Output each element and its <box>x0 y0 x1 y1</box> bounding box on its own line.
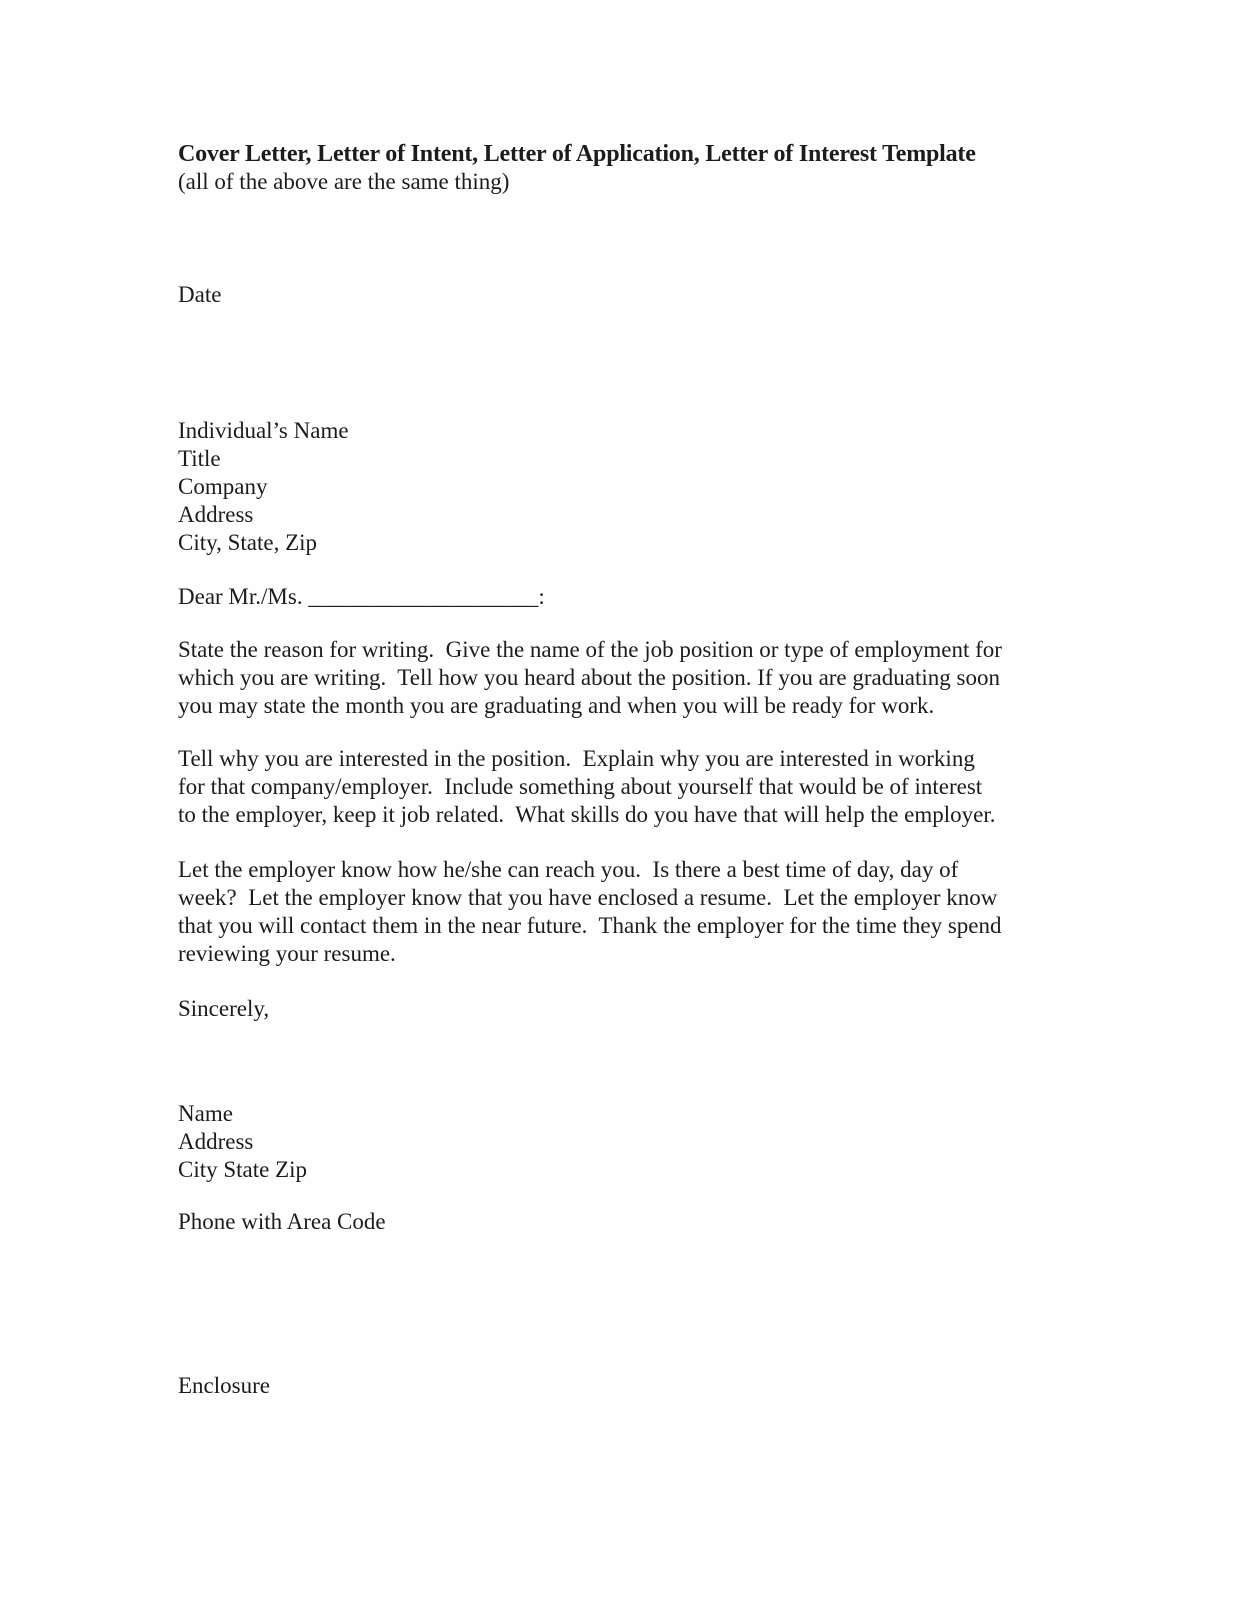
recipient-name-line: Individual’s Name <box>178 417 1048 445</box>
document-subtitle: (all of the above are the same thing) <box>178 168 1048 196</box>
recipient-address-block: Individual’s Name Title Company Address … <box>178 417 1048 557</box>
sender-address-line: Address <box>178 1128 1048 1156</box>
phone-placeholder: Phone with Area Code <box>178 1208 1048 1236</box>
document-title: Cover Letter, Letter of Intent, Letter o… <box>178 140 1048 168</box>
recipient-company-line: Company <box>178 473 1048 501</box>
letter-body: Cover Letter, Letter of Intent, Letter o… <box>178 0 1048 1400</box>
document-page: Cover Letter, Letter of Intent, Letter o… <box>0 0 1236 1600</box>
recipient-title-line: Title <box>178 445 1048 473</box>
recipient-address-line: Address <box>178 501 1048 529</box>
date-placeholder: Date <box>178 281 1048 309</box>
sender-city-state-zip-line: City State Zip <box>178 1156 1048 1184</box>
sender-name-line: Name <box>178 1100 1048 1128</box>
sender-signature-block: Name Address City State Zip <box>178 1100 1048 1184</box>
paragraph-contact-and-thanks: Let the employer know how he/she can rea… <box>178 856 1048 968</box>
paragraph-interest-and-skills: Tell why you are interested in the posit… <box>178 745 1048 829</box>
enclosure-notation: Enclosure <box>178 1372 1048 1400</box>
closing-line: Sincerely, <box>178 995 1048 1023</box>
salutation-line: Dear Mr./Ms. ____________________: <box>178 583 1048 611</box>
recipient-city-state-zip-line: City, State, Zip <box>178 529 1048 557</box>
paragraph-reason-for-writing: State the reason for writing. Give the n… <box>178 636 1048 720</box>
